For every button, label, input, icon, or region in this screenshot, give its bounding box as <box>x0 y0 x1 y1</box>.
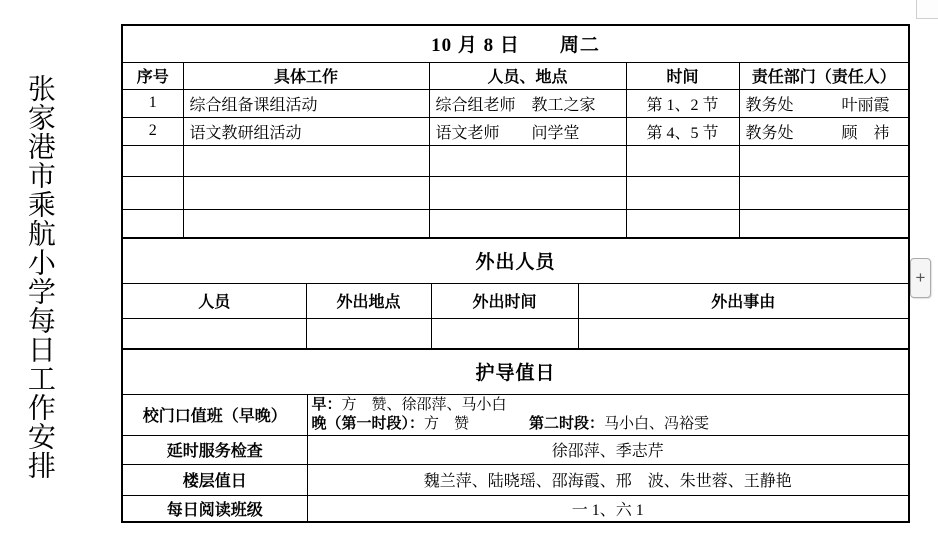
top-right-corner-box <box>916 0 938 19</box>
document-vertical-title: 张家港市乘航小学每日工作安排 <box>24 74 53 480</box>
header-index: 序号 <box>122 62 183 89</box>
header-outing-place: 外出地点 <box>306 283 431 318</box>
duty-row-reading-class: 每日阅读班级 一 1、六 1 <box>122 495 909 522</box>
cell-time: 第 1、2 节 <box>626 89 739 117</box>
second-period-names: 马小白、冯裕雯 <box>604 416 709 432</box>
duty-value: 魏兰萍、陆晓瑶、邵海霞、邢 波、朱世蓉、王静艳 <box>307 464 909 495</box>
outing-header-row: 人员 外出地点 外出时间 外出事由 <box>122 283 909 318</box>
empty-row <box>122 209 909 238</box>
main-header-row: 序号 具体工作 人员、地点 时间 责任部门（责任人） <box>122 62 909 89</box>
gate-duty-line1: 早：方 赞、徐邵萍、马小白 <box>312 396 905 415</box>
header-time: 时间 <box>626 62 739 89</box>
duty-title-row: 护导值日 <box>122 349 909 394</box>
evening-names: 方 赞 <box>424 416 469 432</box>
date-title: 10 月 8 日 周二 <box>122 25 909 62</box>
duty-row-floor-duty: 楼层值日 魏兰萍、陆晓瑶、邵海霞、邢 波、朱世蓉、王静艳 <box>122 464 909 495</box>
duty-value: 徐邵萍、季志芹 <box>307 435 909 464</box>
table-row: 2 语文教研组活动 语文老师 问学堂 第 4、5 节 教务处 顾 祎 <box>122 117 909 145</box>
empty-row <box>122 145 909 176</box>
duty-table: 护导值日 校门口值班（早晚） 早：方 赞、徐邵萍、马小白 晚（第一时段）：方 赞… <box>121 348 910 523</box>
cell-task: 综合组备课组活动 <box>183 89 429 117</box>
gate-duty-line2: 晚（第一时段）：方 赞第二时段：马小白、冯裕雯 <box>312 415 905 434</box>
empty-row <box>122 318 909 349</box>
schedule-document: 10 月 8 日 周二 序号 具体工作 人员、地点 时间 责任部门（责任人） 1… <box>121 24 908 523</box>
date-row: 10 月 8 日 周二 <box>122 25 909 62</box>
daily-work-table: 10 月 8 日 周二 序号 具体工作 人员、地点 时间 责任部门（责任人） 1… <box>121 24 910 239</box>
gate-duty-row: 校门口值班（早晚） 早：方 赞、徐邵萍、马小白 晚（第一时段）：方 赞第二时段：… <box>122 394 909 435</box>
cell-index: 2 <box>122 117 183 145</box>
duty-label: 延时服务检查 <box>122 435 307 464</box>
add-button[interactable]: + <box>910 258 931 298</box>
cell-index: 1 <box>122 89 183 117</box>
header-person: 人员 <box>122 283 306 318</box>
morning-tag: 早： <box>312 397 342 413</box>
header-task: 具体工作 <box>183 62 429 89</box>
outing-section-title: 外出人员 <box>122 238 909 283</box>
morning-names: 方 赞、徐邵萍、马小白 <box>342 397 507 413</box>
outing-title-row: 外出人员 <box>122 238 909 283</box>
cell-time: 第 4、5 节 <box>626 117 739 145</box>
duty-value: 一 1、六 1 <box>307 495 909 522</box>
cell-department: 教务处 叶丽霞 <box>739 89 909 117</box>
cell-department: 教务处 顾 祎 <box>739 117 909 145</box>
header-department: 责任部门（责任人） <box>739 62 909 89</box>
empty-row <box>122 176 909 209</box>
outing-table: 外出人员 人员 外出地点 外出时间 外出事由 <box>121 237 910 350</box>
table-row: 1 综合组备课组活动 综合组老师 教工之家 第 1、2 节 教务处 叶丽霞 <box>122 89 909 117</box>
duty-label: 楼层值日 <box>122 464 307 495</box>
gate-duty-value: 早：方 赞、徐邵萍、马小白 晚（第一时段）：方 赞第二时段：马小白、冯裕雯 <box>307 394 909 435</box>
gate-duty-label: 校门口值班（早晚） <box>122 394 307 435</box>
duty-label: 每日阅读班级 <box>122 495 307 522</box>
duty-section-title: 护导值日 <box>122 349 909 394</box>
cell-people-place: 语文老师 问学堂 <box>429 117 626 145</box>
second-period-tag: 第二时段： <box>529 416 604 432</box>
cell-task: 语文教研组活动 <box>183 117 429 145</box>
evening-tag: 晚（第一时段）： <box>312 416 425 432</box>
document-page: 张家港市乘航小学每日工作安排 10 月 8 日 周二 序号 具体工作 人员、地点… <box>0 0 938 559</box>
header-outing-reason: 外出事由 <box>578 283 909 318</box>
header-outing-time: 外出时间 <box>431 283 578 318</box>
cell-people-place: 综合组老师 教工之家 <box>429 89 626 117</box>
header-people-place: 人员、地点 <box>429 62 626 89</box>
duty-row-delay-check: 延时服务检查 徐邵萍、季志芹 <box>122 435 909 464</box>
